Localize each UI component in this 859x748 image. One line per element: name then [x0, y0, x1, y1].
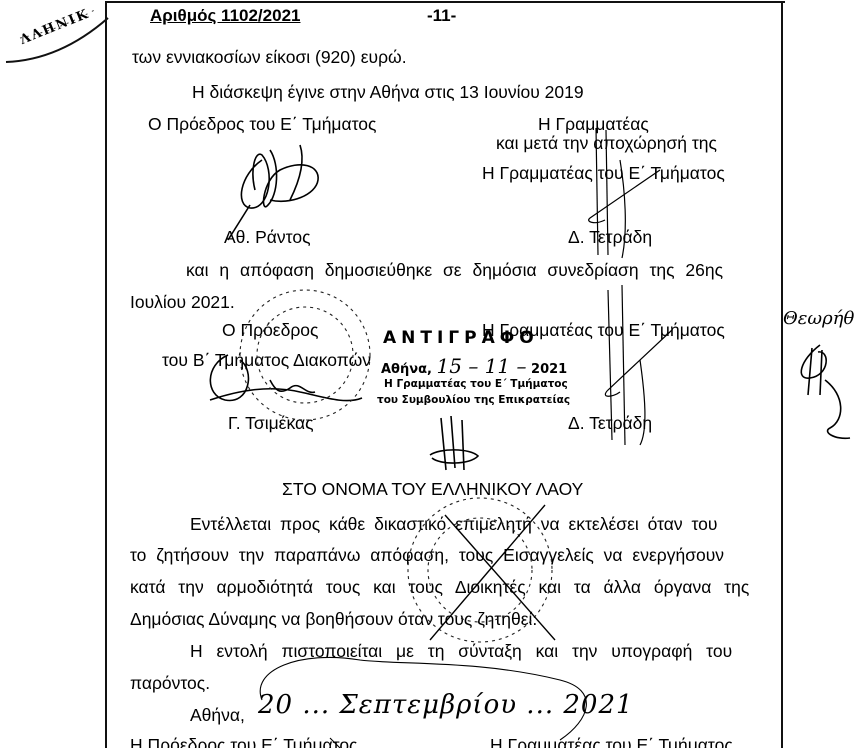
order-line-3: κατά την αρμοδιότητά τους και τους Διοικ…: [130, 577, 749, 597]
order-line-1: Εντέλλεται προς κάθε δικαστικό επιμελητή…: [190, 514, 717, 534]
page-border-top: [105, 1, 785, 3]
final-president-title: Η Πρόεδρος του Ε΄ Τμήματος: [130, 735, 357, 748]
first-secretary-name: Δ. Τετράδη: [568, 227, 652, 247]
page-border-left: [105, 2, 107, 748]
deliberation-line: Η διάσκεψη έγινε στην Αθήνα στις 13 Ιουν…: [192, 82, 584, 102]
copy-stamp-title: ΑΝΤΙΓΡΑΦΟ: [383, 328, 539, 348]
signature-copy-stamp-icon: [430, 416, 478, 470]
order-line-2: το ζητήσουν την παραπάνω απόφαση, τους Ε…: [130, 545, 724, 565]
page-border-right: [781, 2, 783, 748]
copy-stamp-date: Αθήνα, 15 – 11 – 2021: [381, 354, 567, 378]
copy-stamp-year: 2021: [531, 362, 567, 377]
copy-stamp-line-2: του Συμβουλίου της Επικρατείας: [377, 394, 570, 406]
certify-line-2: παρόντος.: [130, 673, 210, 693]
copy-stamp-handwritten-date: 15 – 11 –: [437, 354, 527, 378]
certify-line-1: Η εντολή πιστοποιείται με τη σύνταξη και…: [190, 641, 732, 661]
second-secretary-name: Δ. Τετράδη: [568, 413, 652, 433]
first-secretary-title-2: Η Γραμματέας του Ε΄ Τμήματος: [482, 163, 725, 183]
first-president-title: Ο Πρόεδρος του Ε΄ Τμήματος: [148, 114, 376, 134]
margin-signature-icon: [801, 345, 850, 438]
place-label: Αθήνα,: [190, 705, 245, 725]
corner-seal: ΛΛΗΝΙΚ: [0, 0, 110, 70]
second-president-title: Ο Πρόεδρος: [222, 320, 318, 340]
first-secretary-subtitle: και μετά την αποχώρησή της: [496, 133, 717, 153]
decision-number: Αριθμός 1102/2021: [150, 6, 300, 26]
page-number: -11-: [427, 6, 456, 26]
final-secretary-title: Η Γραμματέας του Ε΄ Τμήματος: [490, 735, 733, 748]
publication-line-1: και η απόφαση δημοσιεύθηκε σε δημόσια συ…: [186, 260, 723, 280]
margin-note: Θεωρήθ: [783, 308, 854, 329]
first-president-name: Αθ. Ράντος: [224, 227, 311, 247]
copy-stamp-line-1: Η Γραμματέας του Ε΄ Τμήματος: [384, 378, 568, 390]
order-line-4: Δημόσιας Δύναμης να βοηθήσουν όταν τους …: [130, 609, 537, 629]
signature-rantos-icon: [228, 145, 318, 240]
second-president-name: Γ. Τσιμέκας: [228, 413, 314, 433]
amount-line: των εννιακοσίων είκοσι (920) ευρώ.: [132, 47, 407, 67]
copy-stamp-place: Αθήνα,: [381, 362, 432, 377]
people-heading: ΣΤΟ ΟΝΟΜΑ ΤΟΥ ΕΛΛΗΝΙΚΟΥ ΛΑΟΥ: [282, 479, 583, 499]
second-president-subtitle: του Β΄ Τμήματος Διακοπών: [162, 350, 371, 370]
publication-line-2: Ιουλίου 2021.: [130, 292, 235, 312]
first-secretary-title: Η Γραμματέας: [538, 114, 649, 134]
handwritten-date: 20 ... Σεπτεμβρίου ... 2021: [258, 690, 634, 720]
